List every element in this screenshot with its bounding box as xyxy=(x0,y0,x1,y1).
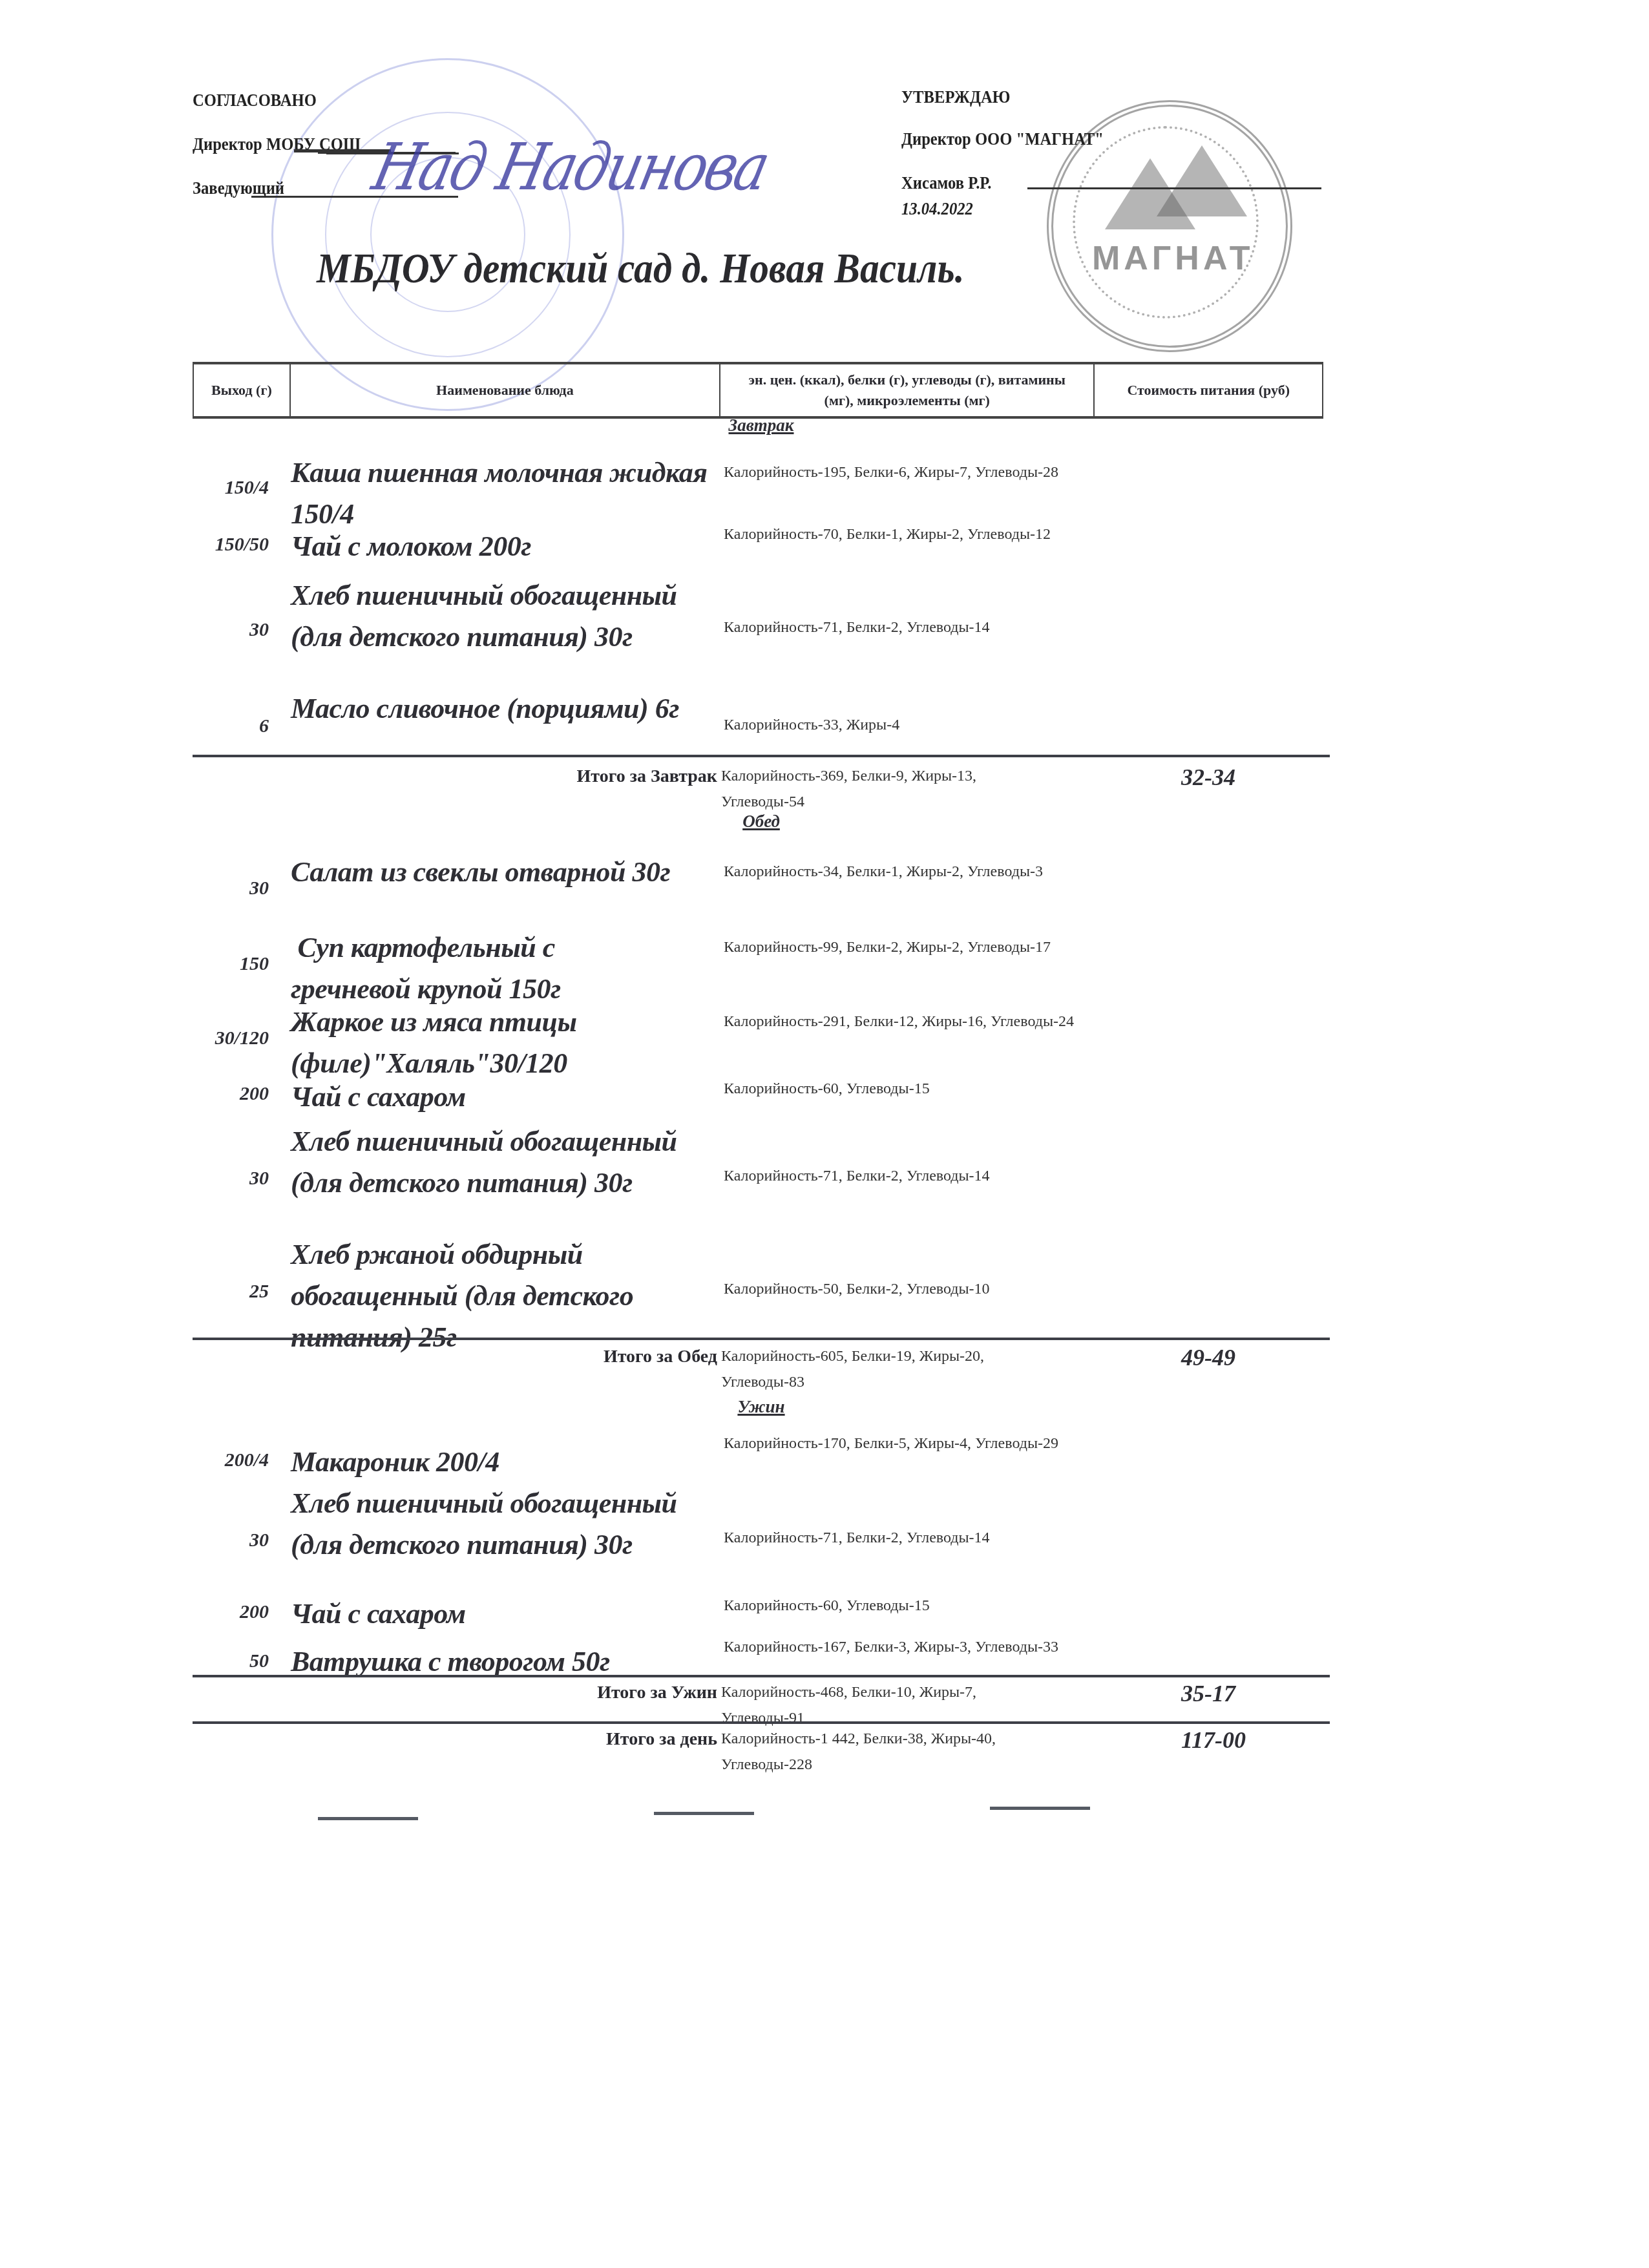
approver-role-left: Заведующий xyxy=(193,178,284,199)
section-title-lunch: Обед xyxy=(193,812,1330,832)
dish-nutrition: Калорийность-60, Углеводы-15 xyxy=(724,1593,1086,1619)
menu-table-header: Выход (г) Наименование блюда эн. цен. (к… xyxy=(193,362,1323,419)
dish-yield: 200 xyxy=(193,1601,269,1623)
dish-nutrition: Калорийность-70, Белки-1, Жиры-2, Углево… xyxy=(724,522,1060,548)
total-label: Итого за Завтрак xyxy=(577,766,717,787)
total-label: Итого за Ужин xyxy=(597,1683,717,1703)
page-title: МБДОУ детский сад д. Новая Василь. xyxy=(317,244,965,293)
dish-nutrition: Калорийность-71, Белки-2, Углеводы-14 xyxy=(724,1526,1111,1551)
dish-name: Чай с молоком 200г xyxy=(291,526,711,567)
section-title-dinner: Ужин xyxy=(193,1397,1330,1417)
dish-yield: 50 xyxy=(193,1650,269,1672)
organization-stamp-blue xyxy=(271,58,624,411)
dish-nutrition: Калорийность-170, Белки-5, Жиры-4, Углев… xyxy=(724,1431,1060,1457)
dish-yield: 6 xyxy=(193,715,269,737)
approved-heading-right: УТВЕРЖДАЮ xyxy=(901,87,1010,108)
dish-name: Чай с сахаром xyxy=(291,1593,711,1635)
header-yield: Выход (г) xyxy=(193,364,291,416)
dish-name: Салат из свеклы отварной 30г xyxy=(291,852,704,893)
dish-yield: 30/120 xyxy=(193,1027,269,1049)
approver-position-right: Директор ООО "МАГНАТ" xyxy=(901,129,1104,150)
dish-name: Жаркое из мяса птицы (филе)"Халяль"30/12… xyxy=(291,1002,653,1084)
total-cost: 35-17 xyxy=(1181,1680,1235,1707)
dish-name: Хлеб пшеничный обогащенный (для детского… xyxy=(291,575,711,658)
approver-name-right: Хисамов Р.Р. xyxy=(901,173,991,194)
dish-nutrition: Калорийность-71, Белки-2, Углеводы-14 xyxy=(724,615,1111,641)
dish-nutrition: Калорийность-167, Белки-3, Жиры-3, Углев… xyxy=(724,1635,1060,1661)
approver-signature-rule xyxy=(1027,187,1321,189)
header-cost: Стоимость питания (руб) xyxy=(1095,364,1323,416)
dish-yield: 150/50 xyxy=(193,534,269,556)
dish-name: Макароник 200/4 xyxy=(291,1442,711,1483)
dish-nutrition: Калорийность-99, Белки-2, Жиры-2, Углево… xyxy=(724,935,1060,961)
dish-name: Чай с сахаром xyxy=(291,1076,711,1118)
approval-date: 13.04.2022 xyxy=(901,199,973,220)
footer-signature-line xyxy=(654,1812,754,1815)
dish-yield: 200 xyxy=(193,1083,269,1105)
total-nutrition: Калорийность-369, Белки-9, Жиры-13, Угле… xyxy=(721,764,1057,815)
dish-yield: 200/4 xyxy=(193,1449,269,1471)
mountain-logo-icon xyxy=(1157,145,1247,216)
dish-yield: 30 xyxy=(193,1529,269,1551)
total-label: Итого за Обед xyxy=(604,1347,717,1367)
header-dish-name: Наименование блюда xyxy=(291,364,720,416)
dish-name: Масло сливочное (порциями) 6г xyxy=(291,688,711,730)
divider xyxy=(193,1338,1330,1340)
dish-nutrition: Калорийность-60, Углеводы-15 xyxy=(724,1076,1086,1102)
dish-name: Хлеб пшеничный обогащенный (для детского… xyxy=(291,1121,711,1204)
dish-yield: 25 xyxy=(193,1281,269,1303)
footer-signature-line xyxy=(990,1807,1090,1810)
dish-nutrition: Калорийность-34, Белки-1, Жиры-2, Углево… xyxy=(724,859,1060,885)
handwritten-signature: Над Надинова xyxy=(366,129,775,205)
dish-name: Каша пшенная молочная жидкая 150/4 xyxy=(291,452,711,535)
divider xyxy=(193,755,1330,757)
dish-nutrition: Калорийность-195, Белки-6, Жиры-7, Углев… xyxy=(724,460,1060,486)
dish-yield: 30 xyxy=(193,619,269,641)
total-cost: 32-34 xyxy=(1181,764,1235,791)
dish-yield: 150/4 xyxy=(193,477,269,499)
footer-signature-line xyxy=(318,1817,418,1820)
total-cost: 49-49 xyxy=(1181,1344,1235,1371)
approved-heading-left: СОГЛАСОВАНО xyxy=(193,90,317,111)
dish-name: Хлеб пшеничный обогащенный (для детского… xyxy=(291,1483,711,1566)
stamp-brand-text: МАГНАТ xyxy=(1092,239,1254,278)
day-total-nutrition: Калорийность-1 442, Белки-38, Жиры-40, У… xyxy=(721,1727,1083,1778)
dish-yield: 30 xyxy=(193,1168,269,1190)
dish-nutrition: Калорийность-33, Жиры-4 xyxy=(724,713,1086,739)
divider xyxy=(193,1721,1330,1724)
day-total-label: Итого за день xyxy=(606,1729,717,1750)
total-nutrition: Калорийность-605, Белки-19, Жиры-20, Угл… xyxy=(721,1344,1057,1395)
dish-nutrition: Калорийность-291, Белки-12, Жиры-16, Угл… xyxy=(724,1009,1086,1035)
dish-nutrition: Калорийность-71, Белки-2, Углеводы-14 xyxy=(724,1164,1111,1190)
dish-name: Суп картофельный с гречневой крупой 150г xyxy=(291,927,653,1010)
header-nutrition: эн. цен. (ккал), белки (г), углеводы (г)… xyxy=(720,364,1095,416)
day-total-cost: 117-00 xyxy=(1181,1727,1246,1754)
dish-yield: 150 xyxy=(193,953,269,975)
divider xyxy=(193,1675,1330,1677)
dish-yield: 30 xyxy=(193,877,269,899)
dish-nutrition: Калорийность-50, Белки-2, Углеводы-10 xyxy=(724,1277,1111,1303)
section-title-breakfast: Завтрак xyxy=(193,415,1330,436)
